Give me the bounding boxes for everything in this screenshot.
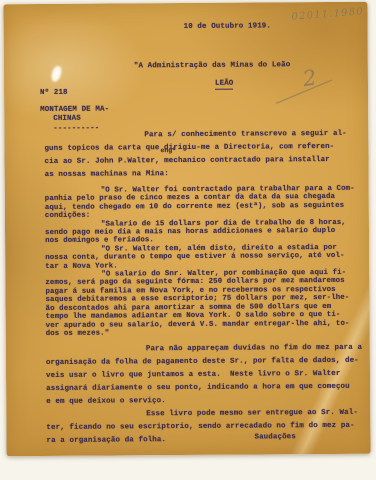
letter-paragraph: "O salario do Snr. Walter, por combinaçã…	[45, 269, 361, 338]
letter-number: Nº 218	[40, 89, 109, 99]
photo-backdrop: 02011.1980 10 de Outubro 1919. "A Admini…	[0, 0, 376, 480]
letter-paragraph: Para s/ conhecimento transcrevo a seguir…	[44, 128, 360, 182]
letter-line: ra a organisação da folha.	[46, 433, 362, 448]
letter-line: assignará diariamente o seu ponto, indic…	[46, 381, 362, 396]
letter-body: Para s/ conhecimento transcrevo a seguir…	[44, 128, 362, 449]
archive-code-annotation: 02011.1980	[291, 6, 364, 23]
addressee-city: LEÃO	[215, 80, 233, 90]
letter-closing: Saudações	[254, 433, 295, 441]
paper-blemish	[50, 65, 63, 83]
letter-paragraph: Esse livro pode mesmo ser entregue ao Sr…	[46, 407, 362, 448]
letter-paragraph: "O Sr. Walter foi contractado para traba…	[45, 185, 361, 221]
letter-date: 10 de Outubro 1919.	[184, 22, 271, 31]
addressee-line: "A Administração das Minas do Leão	[134, 61, 290, 70]
letter-subject-line1: MONTAGEM DE MA-	[40, 105, 109, 115]
letter-line: cia ao Sr. John P.Walter, mechanico cont…	[44, 154, 360, 169]
letter-paragraph: "Salario de 15 dollars por dia de trabal…	[45, 218, 361, 245]
letter-page: 02011.1980 10 de Outubro 1919. "A Admini…	[3, 2, 370, 457]
letter-line: ter, ficando no seu escriptorio, sendo a…	[46, 420, 362, 435]
letter-paragraph: "O Sr. Walter tem, além disto, direito a…	[45, 244, 361, 271]
letter-line: dos os mezes."	[46, 328, 362, 339]
reference-block: Nº 218 MONTAGEM DE MA- CHINAS ----------	[40, 89, 109, 134]
letter-line: as nossas machinas na Mina:	[45, 167, 361, 182]
pencil-flourish-icon: 2	[270, 60, 346, 109]
letter-subject-line2: CHINAS	[53, 115, 109, 125]
page-number-annotation: 2	[270, 60, 346, 114]
letter-paragraph: Para não appareçam duvidas no fim do mez…	[46, 342, 362, 409]
